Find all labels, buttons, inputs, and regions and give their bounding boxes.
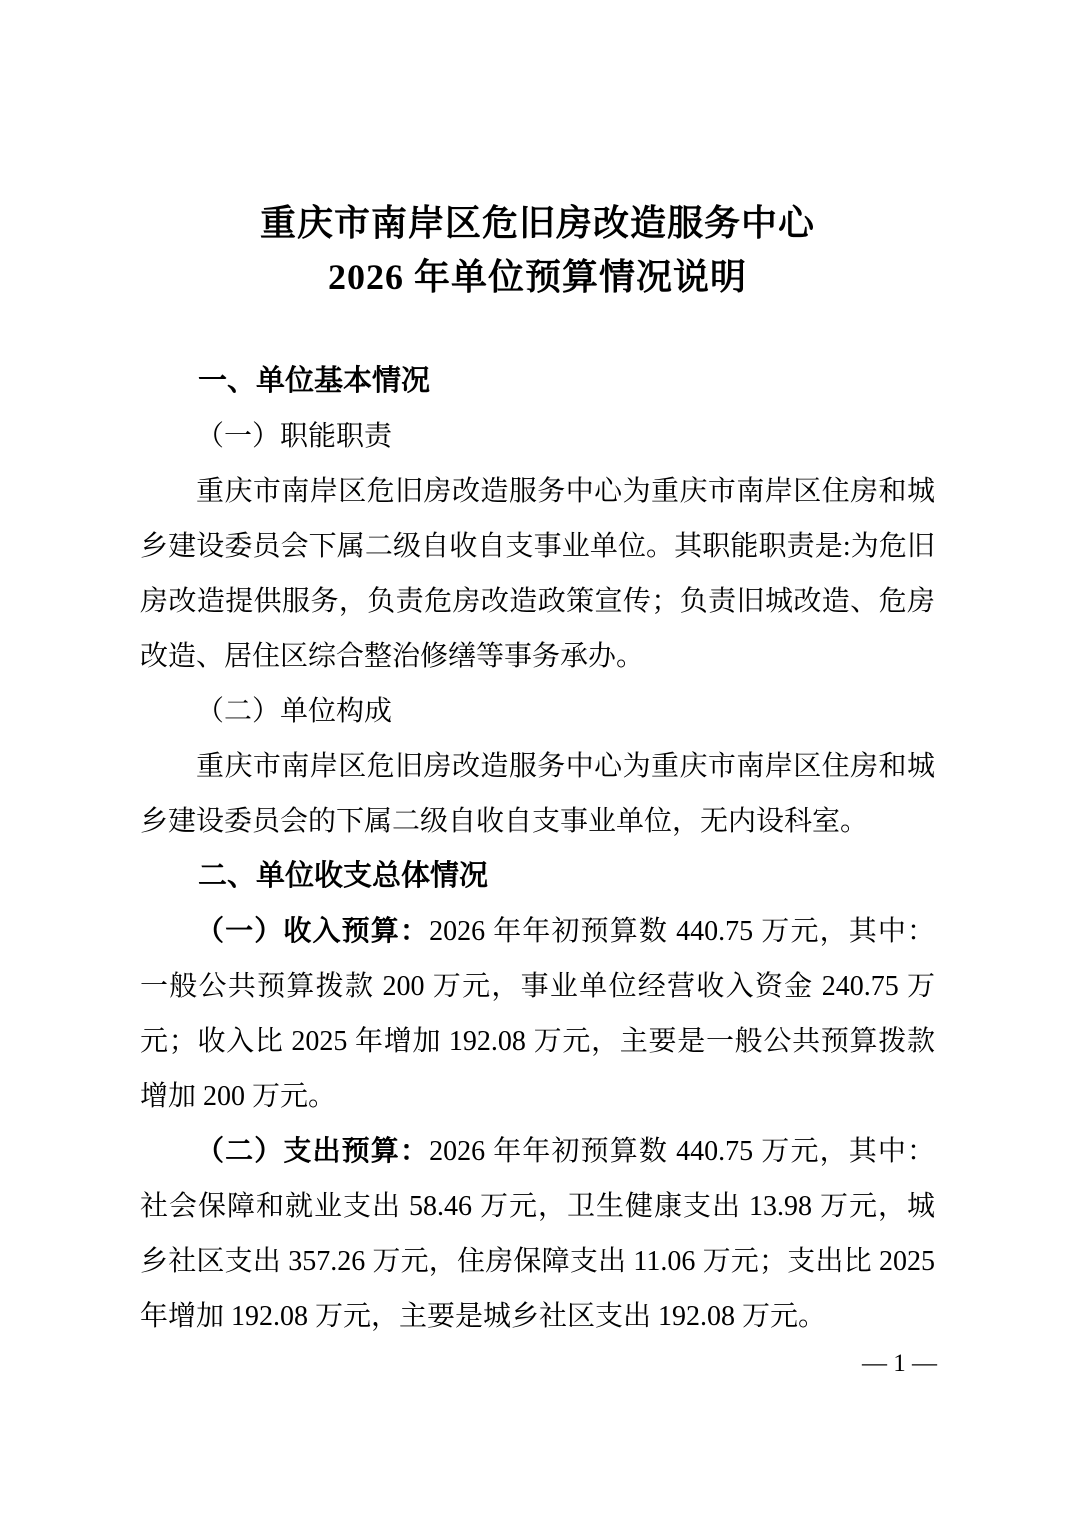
income-budget-lead: （一）收入预算： [196,916,429,947]
paragraph-income-budget: （一）收入预算：2026 年年初预算数 440.75 万元，其中：一般公共预算拨… [140,904,935,1124]
paragraph-unit-composition: 重庆市南岸区危旧房改造服务中心为重庆市南岸区住房和城乡建设委员会的下属二级自收自… [140,739,935,849]
paragraph-duties: 重庆市南岸区危旧房改造服务中心为重庆市南岸区住房和城乡建设委员会下属二级自收自支… [140,464,935,684]
subsection-1-1-heading: （一）职能职责 [140,409,935,464]
expenditure-budget-lead: （二）支出预算： [196,1136,429,1167]
document-page: 重庆市南岸区危旧房改造服务中心 2026 年单位预算情况说明 一、单位基本情况 … [0,0,1074,1520]
subsection-1-2-heading: （二）单位构成 [140,684,935,739]
title-line-1: 重庆市南岸区危旧房改造服务中心 [140,196,935,250]
paragraph-expenditure-budget: （二）支出预算：2026 年年初预算数 440.75 万元，其中：社会保障和就业… [140,1124,935,1344]
section-1-heading: 一、单位基本情况 [140,354,935,409]
document-body: 一、单位基本情况 （一）职能职责 重庆市南岸区危旧房改造服务中心为重庆市南岸区住… [140,354,935,1344]
page-number: — 1 — [862,1348,937,1380]
document-title: 重庆市南岸区危旧房改造服务中心 2026 年单位预算情况说明 [140,196,935,304]
section-2-heading: 二、单位收支总体情况 [140,849,935,904]
title-line-2: 2026 年单位预算情况说明 [140,250,935,304]
